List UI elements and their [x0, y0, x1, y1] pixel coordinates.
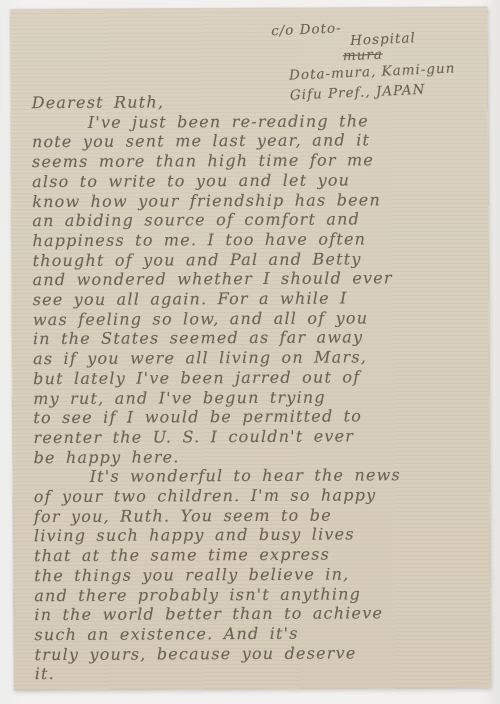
letter-line: be happy here. [34, 445, 476, 467]
letter-line: that at the same time express [34, 544, 476, 566]
letter-line: thought of you and Pal and Betty [32, 248, 474, 270]
letter-line: happiness to me. I too have often [32, 229, 474, 251]
letter-line: in the world better than to achieve [34, 603, 476, 625]
letter-line: an abiding source of comfort and [32, 209, 474, 231]
letter-line: as if you were all living on Mars, [33, 347, 475, 369]
letter-line: truly yours, because you deserve [35, 643, 477, 665]
letter-line: to see if I would be permitted to [33, 406, 475, 428]
paragraph-1: I've just been re-reading thenote you se… [32, 111, 476, 468]
letter-paper: c/o Doto-Hospitalmura Dota-mura, Kami-gu… [10, 7, 491, 690]
letter-line: see you all again. For a while I [33, 288, 475, 310]
letter-line: was feeling so low, and all of you [33, 308, 475, 330]
scanned-letter: c/o Doto-Hospitalmura Dota-mura, Kami-gu… [0, 0, 500, 704]
letter-line: in the States seemed as far away [33, 327, 475, 349]
paragraph-2: It's wonderful to hear the newsof your t… [34, 465, 477, 684]
address-inserted-word: Hospital [350, 31, 416, 48]
letter-line: and there probably isn't anything [34, 583, 476, 605]
address-line-1: c/o Doto-Hospitalmura [271, 13, 455, 66]
letter-line: reenter the U. S. I couldn't ever [33, 426, 475, 448]
letter-line: such an existence. And it's [34, 623, 476, 645]
letter-line: the things you really believe in, [34, 564, 476, 586]
letter-line: for you, Ruth. You seem to be [34, 505, 476, 527]
letter-line: of your two children. I'm so happy [34, 485, 476, 507]
letter-line: but lately I've been jarred out of [33, 367, 475, 389]
address-care-of: c/o Doto- [271, 20, 342, 39]
salutation: Dearest Ruth, [32, 91, 474, 113]
letter-line: it. [35, 662, 477, 684]
letter-line: and wondered whether I should ever [33, 268, 475, 290]
letter-line: It's wonderful to hear the news [34, 465, 476, 487]
letter-line: I've just been re-reading the [32, 111, 474, 133]
letter-line: my rut, and I've begun trying [33, 386, 475, 408]
address-correction: Hospitalmura [342, 32, 409, 63]
letter-line: also to write to you and let you [32, 170, 474, 192]
letter-line: seems more than high time for me [32, 150, 474, 172]
letter-line: living such happy and busy lives [34, 524, 476, 546]
letter-line: note you sent me last year, and it [32, 130, 474, 152]
letter-line: know how your friendship has been [32, 189, 474, 211]
letter-body: Dearest Ruth, I've just been re-reading … [32, 91, 477, 684]
